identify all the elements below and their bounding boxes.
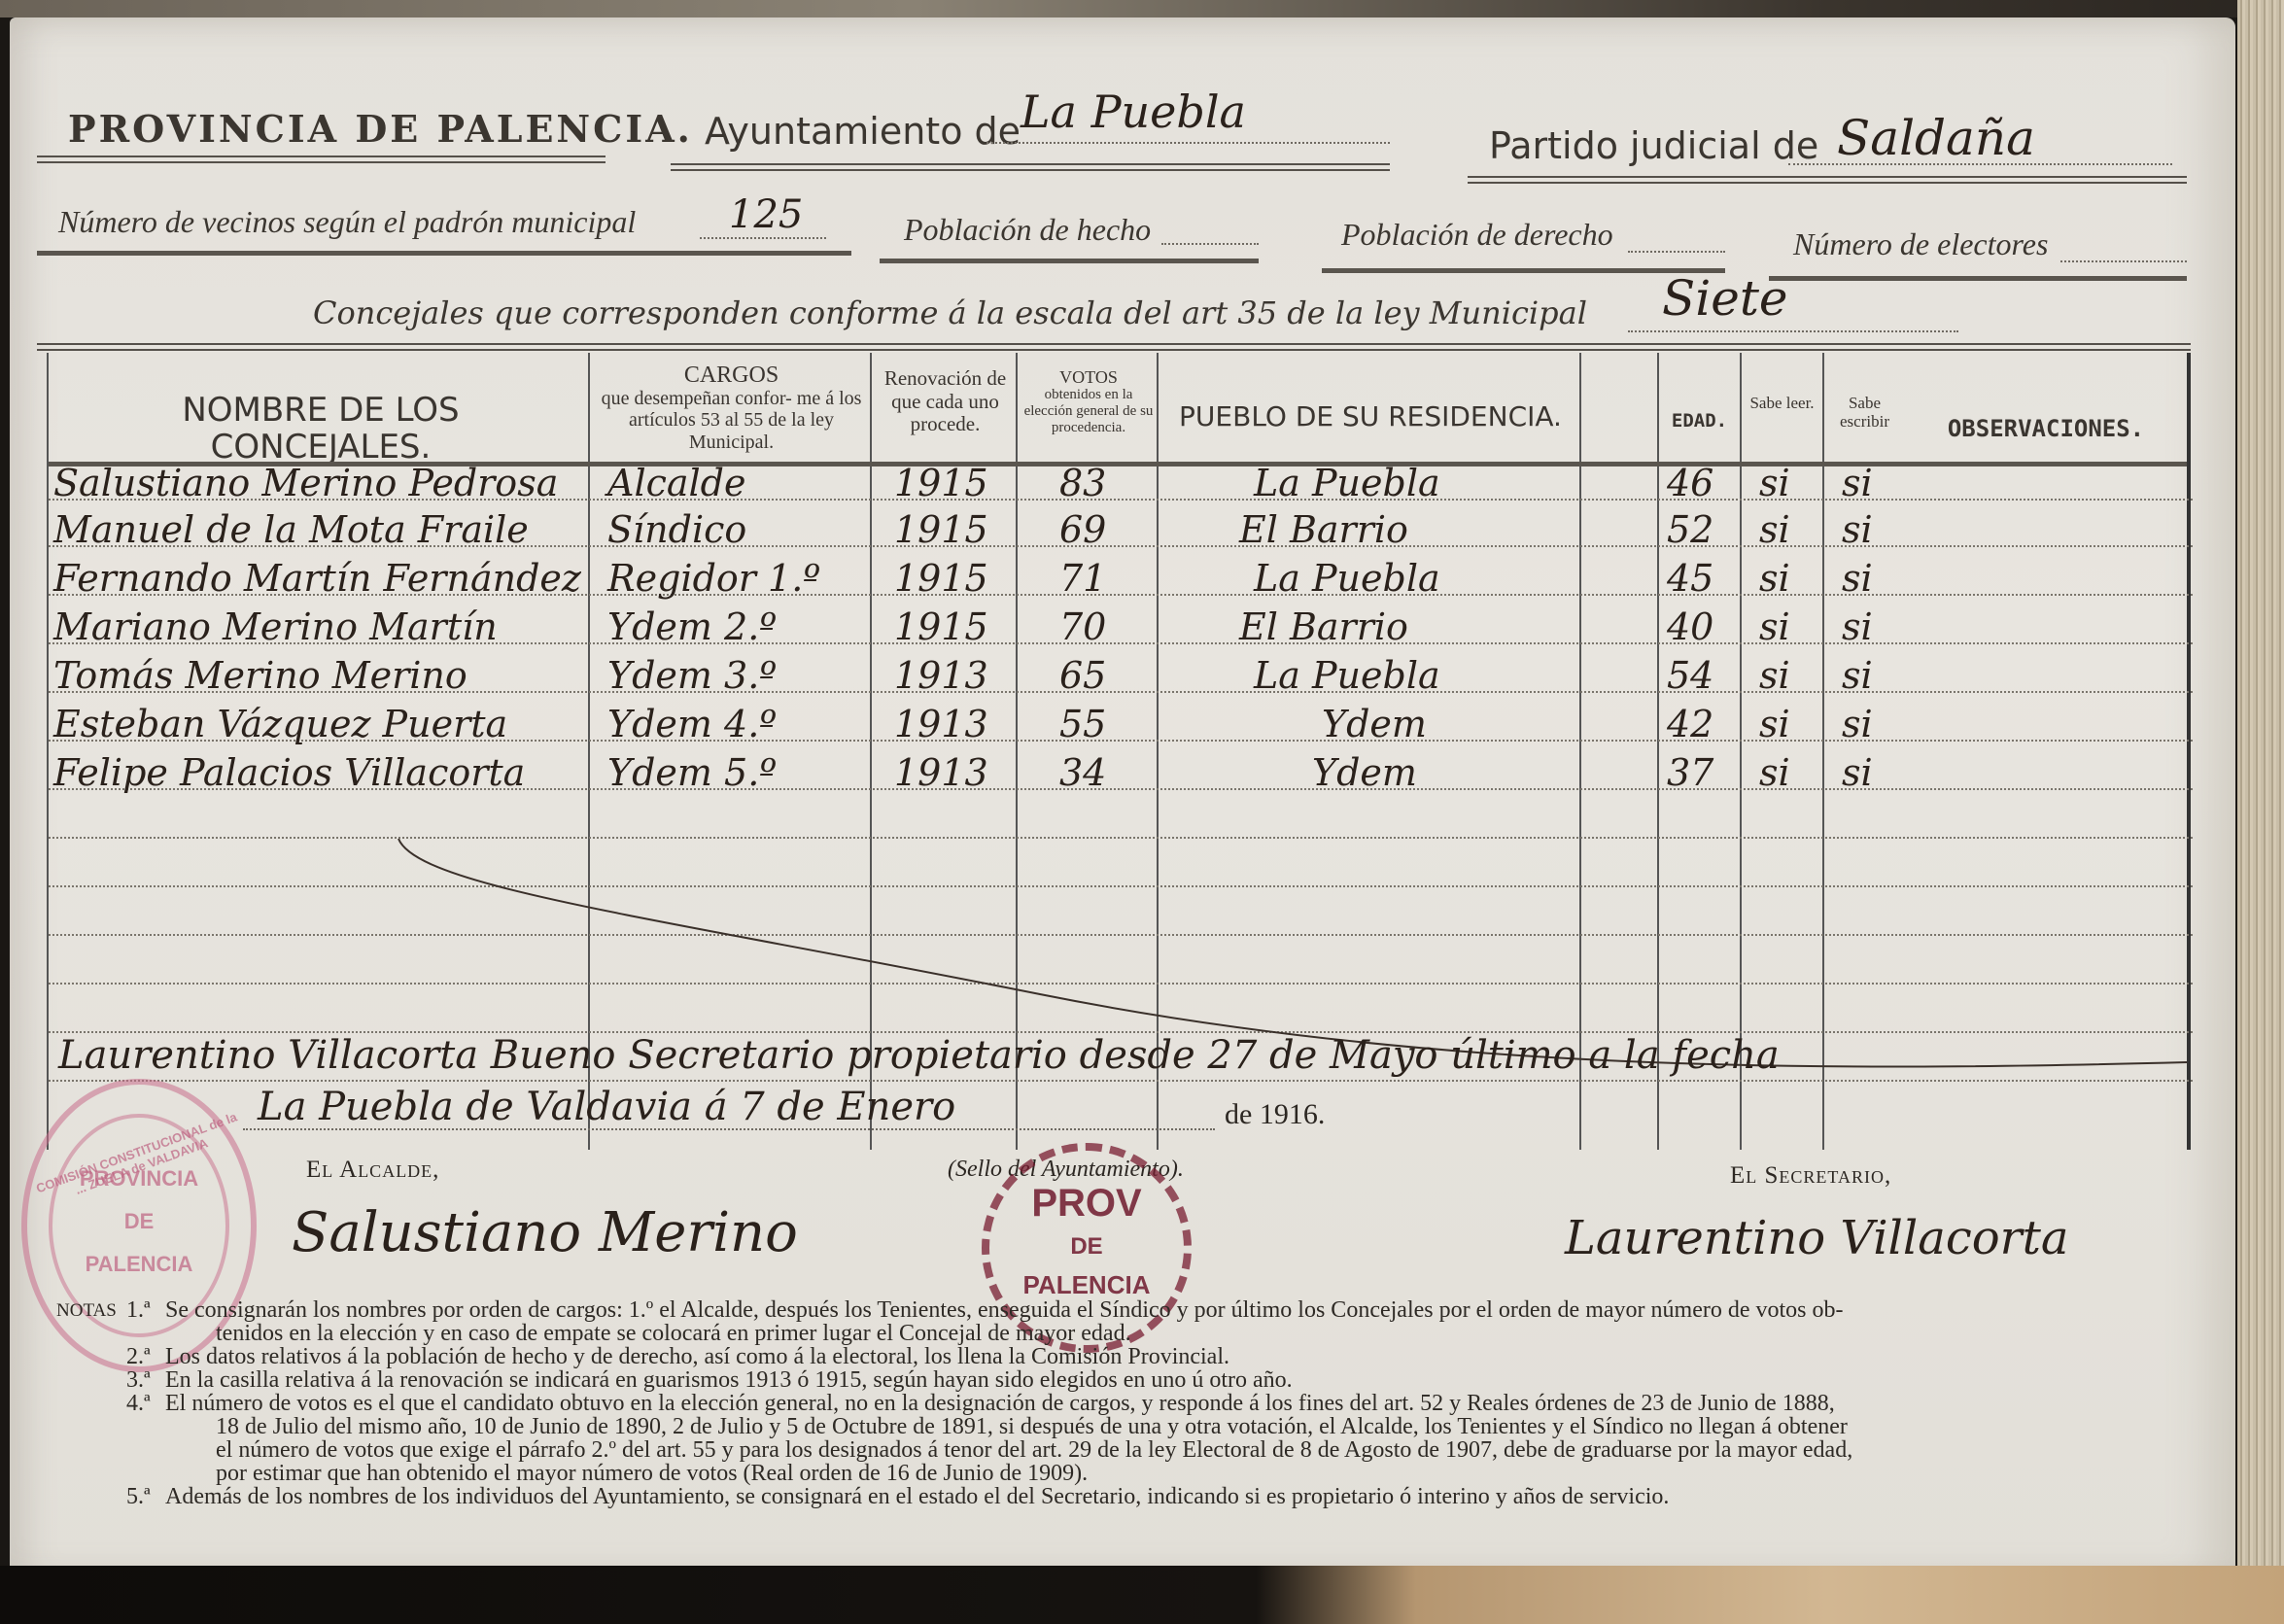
cell-nombre: Fernando Martín Fernández	[53, 557, 581, 600]
cell-nombre: Mariano Merino Martín	[53, 605, 498, 648]
cell-escribir: si	[1842, 654, 1873, 697]
cell-cargo: Ydem 3.º	[607, 654, 777, 697]
header-votos-sub: obtenidos en la elección general de su p…	[1021, 387, 1157, 435]
rule	[880, 259, 1259, 263]
ayuntamiento-value: La Puebla	[1021, 86, 1246, 138]
concejales-table: NOMBRE DE LOS CONCEJALES. CARGOS que des…	[47, 353, 2193, 1150]
cell-pueblo: El Barrio	[1239, 605, 1408, 648]
cell-leer: si	[1759, 508, 1790, 551]
cell-leer: si	[1759, 557, 1790, 600]
notes-title: NOTAS	[56, 1300, 117, 1322]
note-text-cont: tenidos en la elección y en caso de empa…	[165, 1322, 1852, 1345]
seal-text-3: PALENCIA	[989, 1270, 1184, 1300]
rule	[671, 163, 1390, 171]
header-edad: EDAD.	[1659, 411, 1740, 432]
rule	[37, 343, 2191, 351]
header-sabe-escribir: Sabe escribir	[1824, 394, 1905, 431]
header-observaciones: OBSERVACIONES.	[1905, 416, 2187, 442]
cell-votos: 70	[1059, 605, 1106, 648]
secretario-signature: Laurentino Villacorta	[1565, 1211, 2069, 1265]
cell-edad: 52	[1667, 508, 1713, 551]
cell-cargo: Ydem 4.º	[607, 703, 777, 745]
cell-cargo: Ydem 2.º	[607, 605, 777, 648]
cell-leer: si	[1759, 703, 1790, 745]
cell-nombre: Esteban Vázquez Puerta	[53, 703, 507, 745]
note-text: Los datos relativos á la población de he…	[165, 1344, 1229, 1369]
cell-edad: 37	[1667, 751, 1713, 794]
book-bottom-edge	[0, 1566, 2284, 1624]
province-title: PROVINCIA DE PALENCIA.	[68, 107, 693, 151]
cell-renovacion: 1915	[894, 605, 988, 648]
alcalde-label: El Alcalde,	[306, 1157, 439, 1184]
cell-nombre: Salustiano Merino Pedrosa	[53, 462, 558, 504]
document-page: PROVINCIA DE PALENCIA. Ayuntamiento de L…	[10, 17, 2235, 1582]
header-votos-title: VOTOS	[1021, 367, 1157, 387]
cell-renovacion: 1913	[894, 703, 988, 745]
book-page-edges	[2237, 0, 2284, 1624]
cell-edad: 40	[1667, 605, 1713, 648]
rule	[37, 155, 606, 163]
cell-cargo: Regidor 1.º	[607, 557, 820, 600]
header-cargos-sub: que desempeñan confor- me á los artículo…	[593, 388, 870, 453]
rule	[1468, 176, 2187, 184]
cell-votos: 65	[1059, 654, 1106, 697]
rule	[37, 251, 851, 256]
secretary-note: Laurentino Villacorta Bueno Secretario p…	[58, 1033, 1780, 1078]
poblacion-hecho-field	[1161, 243, 1259, 245]
cell-votos: 69	[1059, 508, 1106, 551]
note-text: Además de los nombres de los individuos …	[165, 1484, 1669, 1509]
cell-votos: 83	[1059, 462, 1106, 504]
note-number: 1.ª	[126, 1298, 151, 1322]
cell-escribir: si	[1842, 508, 1873, 551]
cell-leer: si	[1759, 654, 1790, 697]
cell-pueblo: La Puebla	[1254, 557, 1440, 600]
cell-renovacion: 1915	[894, 508, 988, 551]
notes-list: 1.ª Se consignarán los nombres por orden…	[165, 1298, 1852, 1508]
concejales-label: Concejales que corresponden conforme á l…	[313, 294, 1587, 331]
cell-escribir: si	[1842, 462, 1873, 504]
ayuntamiento-field-line	[986, 142, 1390, 144]
cell-edad: 45	[1667, 557, 1713, 600]
seal-text-2: DE	[989, 1233, 1184, 1261]
header-cargos-title: CARGOS	[593, 363, 870, 389]
note-number: 5.ª	[126, 1485, 151, 1508]
cell-edad: 54	[1667, 654, 1713, 697]
cell-pueblo: La Puebla	[1254, 462, 1440, 504]
cell-renovacion: 1915	[894, 557, 988, 600]
ayuntamiento-label: Ayuntamiento de	[705, 110, 1021, 153]
note-text: En la casilla relativa á la renovación s…	[165, 1367, 1293, 1393]
cell-pueblo: Ydem	[1322, 703, 1427, 745]
note-text-cont: por estimar que han obtenido el mayor nú…	[165, 1462, 1852, 1485]
note-text-cont: 18 de Julio del mismo año, 10 de Junio d…	[165, 1415, 1852, 1438]
note-text: El número de votos es el que el candidat…	[165, 1391, 1835, 1416]
cell-escribir: si	[1842, 557, 1873, 600]
cell-nombre: Manuel de la Mota Fraile	[53, 508, 529, 551]
rule	[1769, 276, 2187, 281]
note-2: 2.ª Los datos relativos á la población d…	[165, 1345, 1852, 1368]
place-date: La Puebla de Valdavia á 7 de Enero	[258, 1085, 955, 1129]
cell-renovacion: 1915	[894, 462, 988, 504]
header-renovacion: Renovación de que cada uno procede.	[875, 367, 1016, 436]
stamp-text-2: DE	[27, 1209, 251, 1234]
cell-escribir: si	[1842, 703, 1873, 745]
poblacion-derecho-label: Población de derecho	[1341, 217, 1613, 253]
cell-cargo: Ydem 5.º	[607, 751, 777, 794]
year-suffix: de 1916.	[1225, 1098, 1325, 1131]
partido-judicial-label: Partido judicial de	[1489, 124, 1818, 167]
cell-votos: 71	[1059, 557, 1106, 600]
note-number: 2.ª	[126, 1345, 151, 1368]
note-4: 4.ª El número de votos es el que el cand…	[165, 1392, 1852, 1415]
cell-pueblo: Ydem	[1312, 751, 1417, 794]
concejales-value: Siete	[1662, 270, 1788, 327]
cell-escribir: si	[1842, 751, 1873, 794]
cell-edad: 42	[1667, 703, 1713, 745]
cell-renovacion: 1913	[894, 654, 988, 697]
secretario-label: El Secretario,	[1730, 1162, 1891, 1190]
stamp-text-1: PROVINCIA	[27, 1166, 251, 1192]
note-number: 3.ª	[126, 1368, 151, 1392]
vecinos-field-line	[700, 237, 826, 239]
book-top-edge	[0, 0, 2284, 17]
poblacion-hecho-label: Población de hecho	[904, 212, 1151, 248]
cell-cargo: Alcalde	[607, 462, 746, 504]
header-sabe-leer: Sabe leer.	[1742, 394, 1822, 412]
cell-nombre: Tomás Merino Merino	[53, 654, 467, 697]
vecinos-value: 125	[729, 192, 803, 237]
header-pueblo: PUEBLO DE SU RESIDENCIA.	[1161, 401, 1579, 432]
note-3: 3.ª En la casilla relativa á la renovaci…	[165, 1368, 1852, 1392]
concejales-field-line	[1628, 330, 1958, 332]
electores-field	[2060, 260, 2187, 262]
cell-escribir: si	[1842, 605, 1873, 648]
partido-value: Saldaña	[1837, 110, 2035, 166]
cell-votos: 55	[1059, 703, 1106, 745]
note-text: Se consignarán los nombres por orden de …	[165, 1297, 1844, 1323]
note-5: 5.ª Además de los nombres de los individ…	[165, 1485, 1852, 1508]
cell-votos: 34	[1059, 751, 1106, 794]
cell-edad: 46	[1667, 462, 1713, 504]
note-text-cont: el número de votos que exige el párrafo …	[165, 1438, 1852, 1462]
cell-pueblo: El Barrio	[1239, 508, 1408, 551]
cell-leer: si	[1759, 605, 1790, 648]
electores-label: Número de electores	[1793, 226, 2048, 262]
cell-renovacion: 1913	[894, 751, 988, 794]
seal-text-1: PROV	[989, 1182, 1184, 1226]
stamp-text-3: PALENCIA	[27, 1252, 251, 1277]
alcalde-signature: Salustiano Merino	[292, 1201, 798, 1264]
cell-pueblo: La Puebla	[1254, 654, 1440, 697]
cell-leer: si	[1759, 462, 1790, 504]
header-nombre: NOMBRE DE LOS CONCEJALES.	[68, 392, 573, 466]
cell-cargo: Síndico	[607, 508, 746, 551]
cell-nombre: Felipe Palacios Villacorta	[53, 751, 525, 794]
note-1: 1.ª Se consignarán los nombres por orden…	[165, 1298, 1852, 1322]
note-number: 4.ª	[126, 1392, 151, 1415]
cell-leer: si	[1759, 751, 1790, 794]
poblacion-derecho-field	[1628, 251, 1725, 253]
vecinos-label: Número de vecinos según el padrón munici…	[58, 204, 636, 240]
